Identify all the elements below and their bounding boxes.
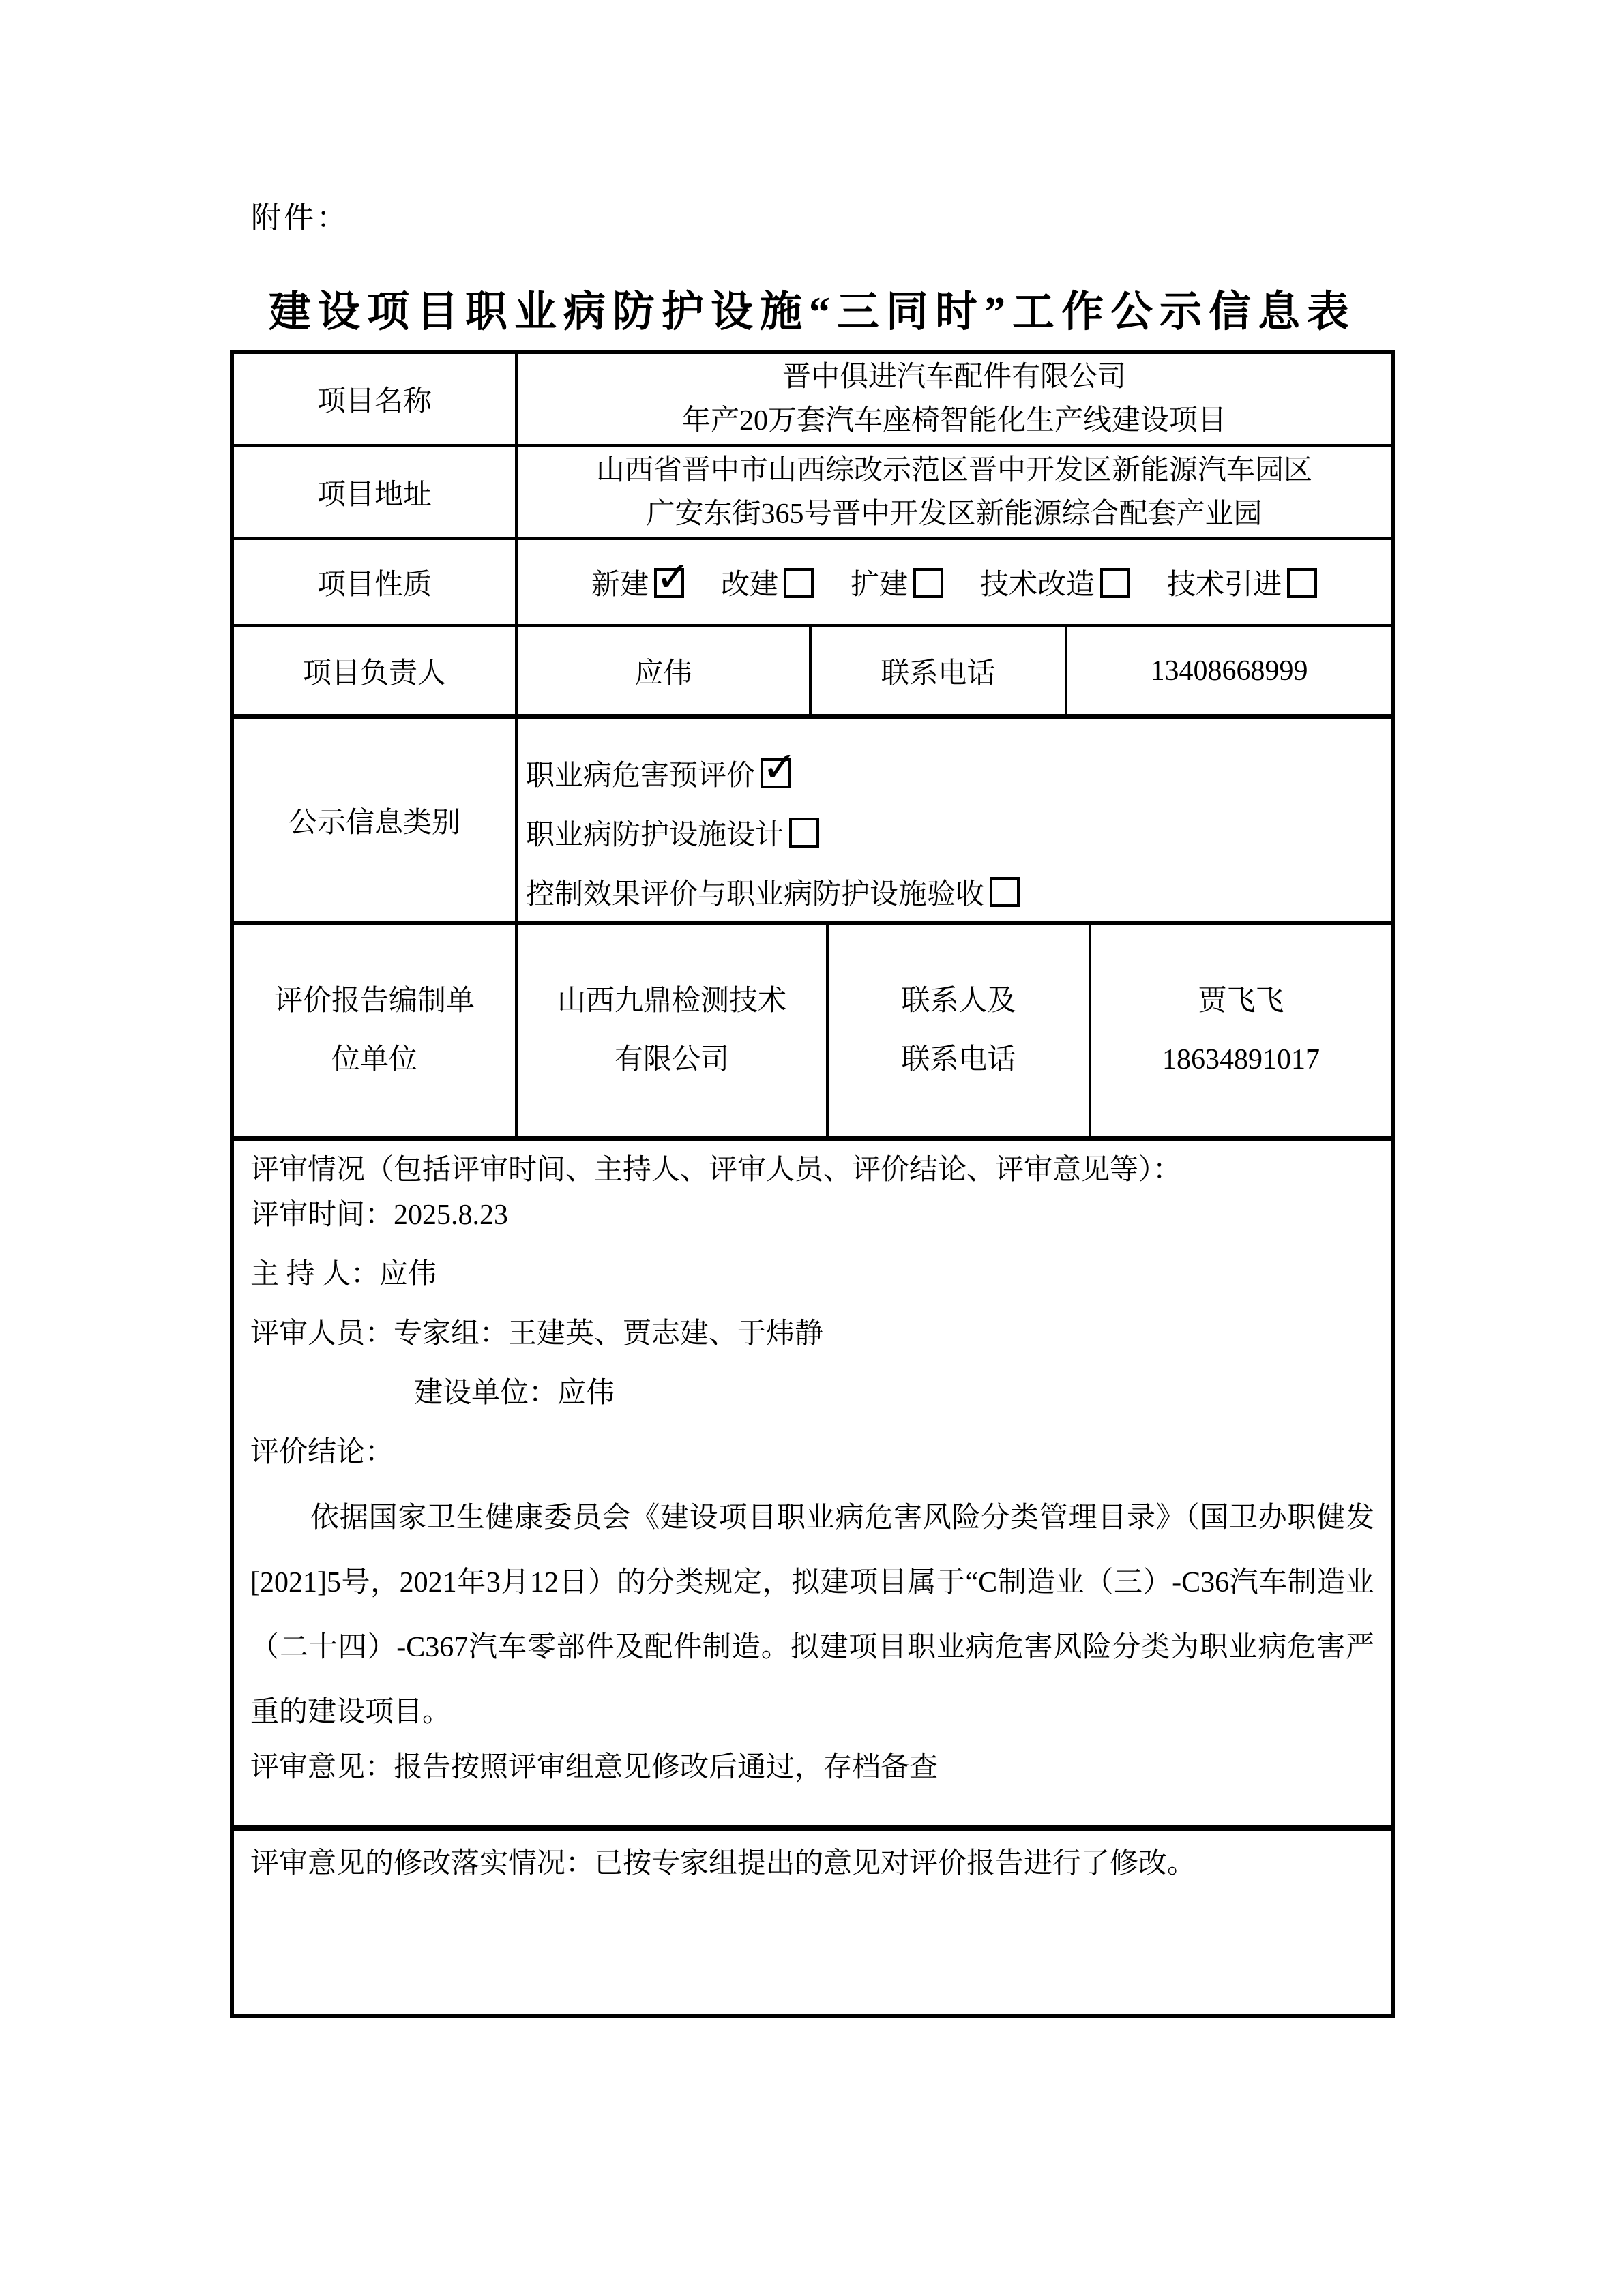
nature-option-2-label: 扩建 [851,569,908,601]
review-header: 评审情况（包括评审时间、主持人、评审人员、评价结论、评审意见等）： [250,1150,1181,1190]
nature-option-2-checkbox[interactable] [913,568,943,598]
page-title: 建设项目职业病防护设施“三同时”工作公示信息表 [230,285,1395,340]
nature-option-0-label: 新建 [591,569,649,601]
project-address-line2: 广安东街365号晋中开发区新能源综合配套产业园 [646,492,1262,536]
project-nature-options: 新建改建扩建技术改造技术引进 [591,562,1317,603]
nature-option-4: 技术引进 [1167,562,1317,603]
nature-option-2: 扩建 [851,562,943,603]
row-modification: 评审意见的修改落实情况：已按专家组提出的意见对评价报告进行了修改。 [234,1831,1391,2014]
nature-option-0: 新建 [591,562,684,603]
project-manager-phone-label: 联系电话 [812,627,1067,714]
review-time: 评审时间：2025.8.23 [250,1195,508,1235]
category-item-1: 职业病防护设施设计 [526,803,819,862]
nature-option-3-checkbox[interactable] [1100,568,1130,598]
category-item-0-label: 职业病危害预评价 [526,753,755,794]
review-construction-unit: 建设单位：应伟 [250,1373,615,1413]
document-page: { "page": { "attachment_label": "附件：", "… [0,0,1624,2296]
modification-content: 评审意见的修改落实情况：已按专家组提出的意见对评价报告进行了修改。 [234,1831,1391,2014]
report-unit-name: 山西九鼎检测技术 有限公司 [518,925,829,1136]
row-public-info-category: 公示信息类别 职业病危害预评价职业病防护设施设计控制效果评价与职业病防护设施验收 [234,719,1391,925]
nature-option-0-checkbox[interactable] [654,568,684,598]
row-review-info: 评审情况（包括评审时间、主持人、评审人员、评价结论、评审意见等）： 评审时间：2… [234,1141,1391,1831]
review-reviewers: 评审人员：专家组：王建英、贾志建、于炜静 [250,1314,823,1354]
row-project-name: 项目名称 晋中俱进汽车配件有限公司 年产20万套汽车座椅智能化生产线建设项目 [234,354,1391,447]
attachment-label: 附件： [251,199,349,237]
report-unit-contact-phone: 18634891017 [1162,1030,1320,1089]
nature-option-3: 技术改造 [980,562,1130,603]
row-project-manager: 项目负责人 应伟 联系电话 13408668999 [234,627,1391,719]
nature-option-4-label: 技术引进 [1167,569,1282,601]
project-name-line1: 晋中俱进汽车配件有限公司 [782,355,1126,399]
project-manager-name: 应伟 [518,627,812,714]
report-unit-contact-name: 贾飞飞 [1198,972,1284,1030]
report-unit-contact-label: 联系人及 联系电话 [829,925,1091,1136]
row-project-nature: 项目性质 新建改建扩建技术改造技术引进 [234,540,1391,627]
report-unit-contact: 贾飞飞 18634891017 [1091,925,1391,1136]
project-address-line1: 山西省晋中市山西综改示范区晋中开发区新能源汽车园区 [596,449,1312,492]
category-item-0: 职业病危害预评价 [526,743,791,803]
nature-option-1: 改建 [721,562,814,603]
category-item-2: 控制效果评价与职业病防护设施验收 [526,862,1020,921]
project-address-value: 山西省晋中市山西综改示范区晋中开发区新能源汽车园区 广安东街365号晋中开发区新… [518,447,1391,537]
project-manager-phone: 13408668999 [1067,627,1391,714]
project-name-line2: 年产20万套汽车座椅智能化生产线建设项目 [682,399,1226,443]
row-report-unit: 评价报告编制单 位单位 山西九鼎检测技术 有限公司 联系人及 联系电话 贾飞飞 … [234,925,1391,1141]
category-item-1-label: 职业病防护设施设计 [526,812,784,853]
review-host: 主 持 人：应伟 [250,1255,437,1294]
review-conclusion-paragraph: 依据国家卫生健康委员会《建设项目职业病危害风险分类管理目录》（国卫办职健发[20… [250,1486,1374,1745]
category-item-0-checkbox[interactable] [761,758,791,788]
category-item-2-label: 控制效果评价与职业病防护设施验收 [526,871,984,912]
project-nature-label: 项目性质 [234,540,518,624]
nature-option-4-checkbox[interactable] [1287,568,1317,598]
project-manager-label: 项目负责人 [234,627,518,714]
nature-option-1-checkbox[interactable] [784,568,814,598]
project-name-label: 项目名称 [234,354,518,444]
info-table: 项目名称 晋中俱进汽车配件有限公司 年产20万套汽车座椅智能化生产线建设项目 项… [230,350,1395,2018]
public-info-category-items: 职业病危害预评价职业病防护设施设计控制效果评价与职业病防护设施验收 [518,719,1391,921]
nature-option-1-label: 改建 [721,569,778,601]
report-unit-label: 评价报告编制单 位单位 [234,925,518,1136]
public-info-category-label: 公示信息类别 [234,719,518,921]
row-project-address: 项目地址 山西省晋中市山西综改示范区晋中开发区新能源汽车园区 广安东街365号晋… [234,447,1391,540]
project-nature-value: 新建改建扩建技术改造技术引进 [518,540,1391,624]
review-opinion: 评审意见：报告按照评审组意见修改后通过，存档备查 [250,1748,938,1787]
review-conclusion-label: 评价结论： [250,1433,394,1472]
project-address-label: 项目地址 [234,447,518,537]
category-item-1-checkbox[interactable] [789,818,819,848]
modification-text: 评审意见的修改落实情况：已按专家组提出的意见对评价报告进行了修改。 [250,1843,1196,1884]
review-info-content: 评审情况（包括评审时间、主持人、评审人员、评价结论、评审意见等）： 评审时间：2… [234,1141,1391,1825]
category-item-2-checkbox[interactable] [990,877,1020,907]
project-name-value: 晋中俱进汽车配件有限公司 年产20万套汽车座椅智能化生产线建设项目 [518,354,1391,444]
nature-option-3-label: 技术改造 [980,569,1095,601]
